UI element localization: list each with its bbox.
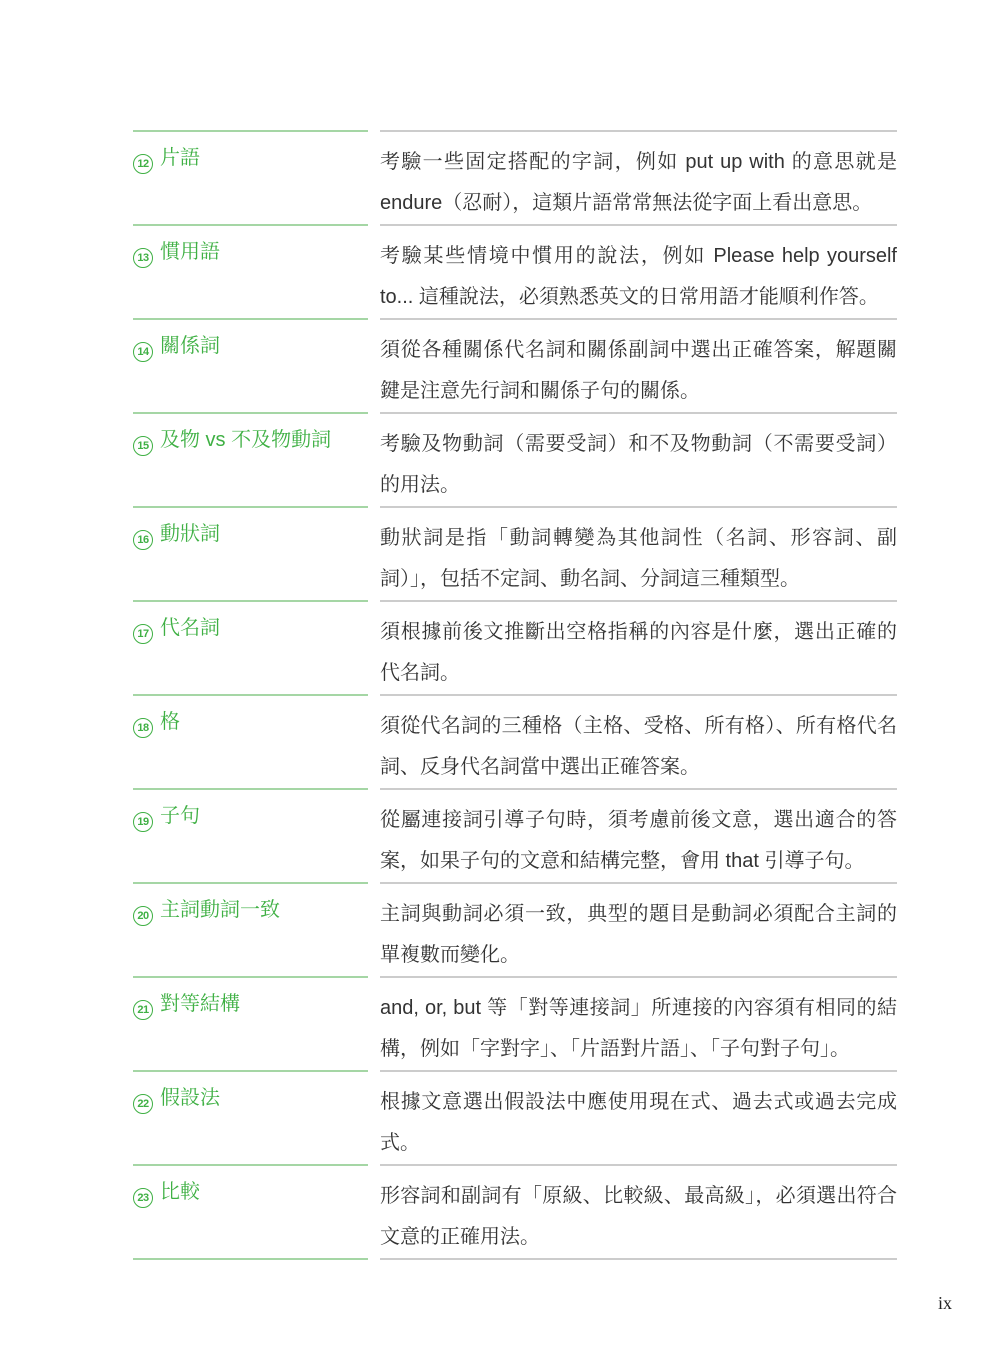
- item-label: 格: [160, 711, 180, 733]
- table-row: 13慣用語 考驗某些情境中慣用的說法，例如 Please help yourse…: [133, 224, 897, 318]
- item-label-cell: 15及物 vs 不及物動詞: [133, 412, 368, 506]
- item-number-badge: 14: [133, 342, 153, 362]
- item-label-cell: 12片語: [133, 130, 368, 224]
- item-number-badge: 20: [133, 906, 153, 926]
- item-number-badge: 22: [133, 1094, 153, 1114]
- item-label-cell: 19子句: [133, 788, 368, 882]
- item-number-badge: 16: [133, 530, 153, 550]
- item-label: 片語: [160, 147, 200, 169]
- item-description: 考驗一些固定搭配的字詞，例如 put up with 的意思就是 endure（…: [380, 130, 897, 224]
- item-number-badge: 13: [133, 248, 153, 268]
- item-label: 比較: [160, 1181, 200, 1203]
- item-description: 動狀詞是指「動詞轉變為其他詞性（名詞、形容詞、副詞）」，包括不定詞、動名詞、分詞…: [380, 506, 897, 600]
- item-description: 考驗某些情境中慣用的說法，例如 Please help yourself to.…: [380, 224, 897, 318]
- table-row: 19子句 從屬連接詞引導子句時，須考慮前後文意，選出適合的答案，如果子句的文意和…: [133, 788, 897, 882]
- item-description: 從屬連接詞引導子句時，須考慮前後文意，選出適合的答案，如果子句的文意和結構完整，…: [380, 788, 897, 882]
- table-row: 18格 須從代名詞的三種格（主格、受格、所有格）、所有格代名詞、反身代名詞當中選…: [133, 694, 897, 788]
- item-label-cell: 16動狀詞: [133, 506, 368, 600]
- item-number-badge: 17: [133, 624, 153, 644]
- item-label: 對等結構: [160, 993, 240, 1015]
- item-number-badge: 15: [133, 436, 153, 456]
- item-label-cell: 13慣用語: [133, 224, 368, 318]
- table-row: 16動狀詞 動狀詞是指「動詞轉變為其他詞性（名詞、形容詞、副詞）」，包括不定詞、…: [133, 506, 897, 600]
- page: 12片語 考驗一些固定搭配的字詞，例如 put up with 的意思就是 en…: [0, 0, 1000, 1357]
- item-label-cell: 22假設法: [133, 1070, 368, 1164]
- item-label: 關係詞: [160, 335, 220, 357]
- table-row: 17代名詞 須根據前後文推斷出空格指稱的內容是什麼，選出正確的代名詞。: [133, 600, 897, 694]
- table-row: 12片語 考驗一些固定搭配的字詞，例如 put up with 的意思就是 en…: [133, 130, 897, 224]
- table-row: 15及物 vs 不及物動詞 考驗及物動詞（需要受詞）和不及物動詞（不需要受詞）的…: [133, 412, 897, 506]
- item-description: 須從各種關係代名詞和關係副詞中選出正確答案，解題關鍵是注意先行詞和關係子句的關係…: [380, 318, 897, 412]
- item-label-cell: 20主詞動詞一致: [133, 882, 368, 976]
- item-label-cell: 14關係詞: [133, 318, 368, 412]
- table-row: 23比較 形容詞和副詞有「原級、比較級、最高級」，必須選出符合文意的正確用法。: [133, 1164, 897, 1260]
- item-label: 動狀詞: [160, 523, 220, 545]
- item-label-cell: 18格: [133, 694, 368, 788]
- item-description: 根據文意選出假設法中應使用現在式、過去式或過去完成式。: [380, 1070, 897, 1164]
- item-label: 主詞動詞一致: [160, 899, 280, 921]
- item-number-badge: 18: [133, 718, 153, 738]
- item-label: 代名詞: [160, 617, 220, 639]
- item-description: 主詞與動詞必須一致，典型的題目是動詞必須配合主詞的單複數而變化。: [380, 882, 897, 976]
- table-row: 14關係詞 須從各種關係代名詞和關係副詞中選出正確答案，解題關鍵是注意先行詞和關…: [133, 318, 897, 412]
- item-label-cell: 21對等結構: [133, 976, 368, 1070]
- item-description: and, or, but 等「對等連接詞」所連接的內容須有相同的結構，例如「字對…: [380, 976, 897, 1070]
- table-row: 22假設法 根據文意選出假設法中應使用現在式、過去式或過去完成式。: [133, 1070, 897, 1164]
- item-description: 須根據前後文推斷出空格指稱的內容是什麼，選出正確的代名詞。: [380, 600, 897, 694]
- item-description: 形容詞和副詞有「原級、比較級、最高級」，必須選出符合文意的正確用法。: [380, 1164, 897, 1260]
- item-label: 子句: [160, 805, 200, 827]
- table-row: 20主詞動詞一致 主詞與動詞必須一致，典型的題目是動詞必須配合主詞的單複數而變化…: [133, 882, 897, 976]
- item-label-cell: 17代名詞: [133, 600, 368, 694]
- item-number-badge: 12: [133, 154, 153, 174]
- item-description: 須從代名詞的三種格（主格、受格、所有格）、所有格代名詞、反身代名詞當中選出正確答…: [380, 694, 897, 788]
- item-label-cell: 23比較: [133, 1164, 368, 1260]
- item-number-badge: 21: [133, 1000, 153, 1020]
- table-row: 21對等結構 and, or, but 等「對等連接詞」所連接的內容須有相同的結…: [133, 976, 897, 1070]
- item-number-badge: 19: [133, 812, 153, 832]
- item-label: 慣用語: [160, 241, 220, 263]
- page-number: ix: [938, 1293, 952, 1314]
- item-label: 及物 vs 不及物動詞: [160, 429, 331, 451]
- item-number-badge: 23: [133, 1188, 153, 1208]
- item-description: 考驗及物動詞（需要受詞）和不及物動詞（不需要受詞）的用法。: [380, 412, 897, 506]
- item-label: 假設法: [160, 1087, 220, 1109]
- content-table: 12片語 考驗一些固定搭配的字詞，例如 put up with 的意思就是 en…: [133, 130, 897, 1260]
